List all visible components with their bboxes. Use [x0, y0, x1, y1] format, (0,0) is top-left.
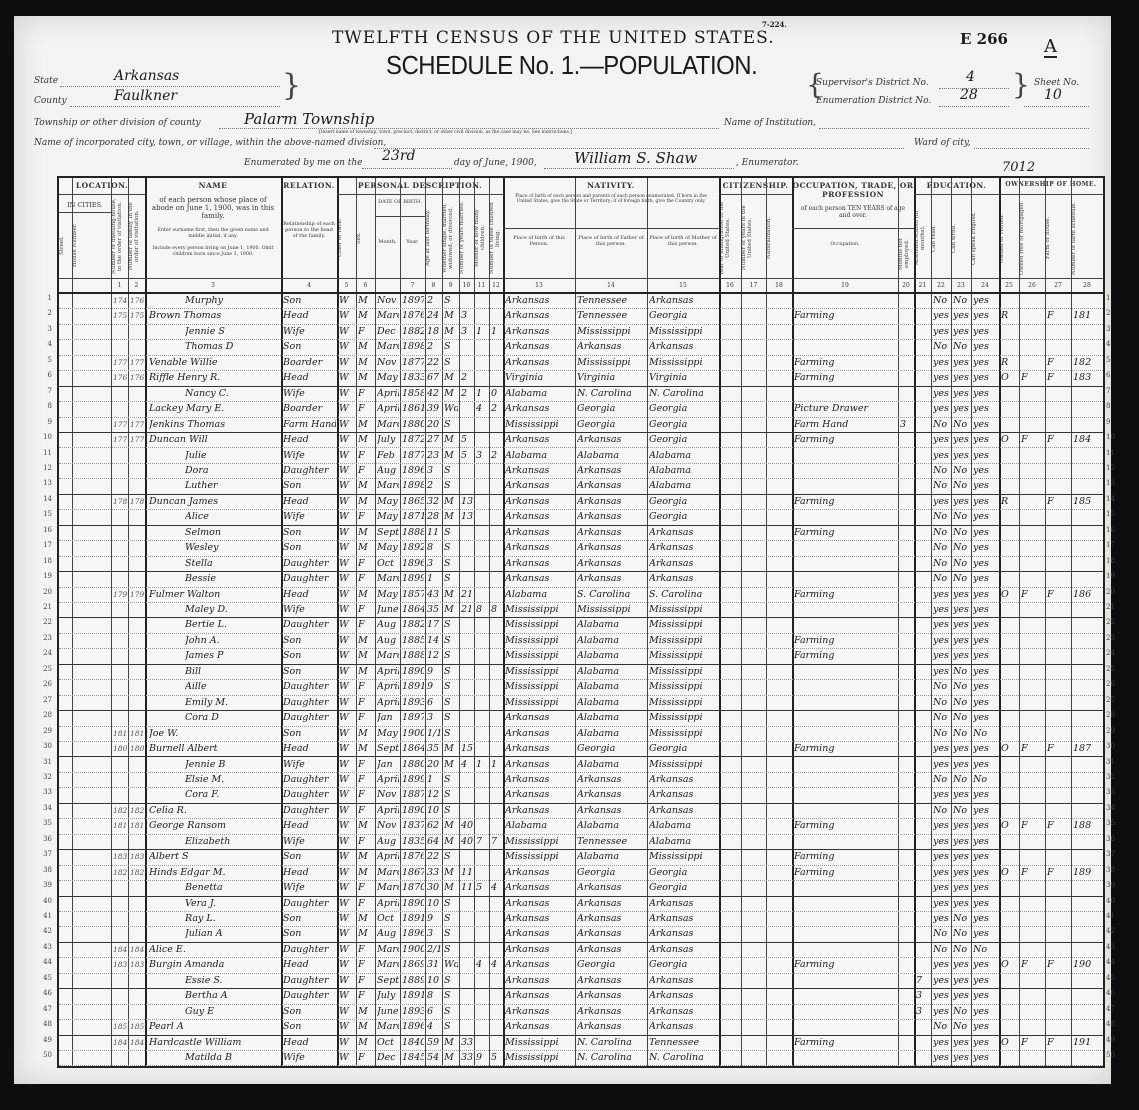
- header-in-cities: IN CITIES.: [59, 202, 111, 209]
- cell-bm: Arkansas: [649, 540, 718, 555]
- header-occupation-desc: of each person TEN YEARS of age and over…: [797, 206, 909, 220]
- cell-wr: No: [953, 679, 970, 694]
- cell-rd: No: [933, 417, 950, 432]
- cell-rel: Head: [283, 1035, 336, 1050]
- cell-bp: Mississippi: [505, 417, 574, 432]
- cell-mu: [900, 772, 913, 787]
- cell-wr: No: [953, 911, 970, 926]
- cell-fs: [1073, 926, 1102, 941]
- cell-name: Jennie B: [185, 757, 280, 772]
- cell-moc: [476, 293, 488, 308]
- cell-wr: yes: [953, 787, 970, 802]
- cell-year: 1870: [402, 880, 424, 895]
- cell-sex: F: [358, 942, 374, 957]
- cell-color: W: [339, 957, 355, 972]
- cell-en: yes: [973, 957, 998, 972]
- cell-year: 1837: [402, 818, 424, 833]
- cell-wr: No: [953, 571, 970, 586]
- cell-mu: [900, 973, 913, 988]
- cell-color: W: [339, 865, 355, 880]
- table-row: 178178Duncan JamesHeadWMMay186532M13Arka…: [59, 494, 1103, 510]
- cell-ym: [461, 633, 473, 648]
- cell-own: [1001, 540, 1018, 555]
- cell-bf: Arkansas: [577, 803, 646, 818]
- cell-mar: S: [444, 896, 458, 911]
- cell-ym: 13: [461, 494, 473, 509]
- supervisor-label: Supervisor's District No.: [816, 78, 929, 88]
- table-row: BessieDaughterWFMarch18991SArkansasArkan…: [59, 571, 1103, 587]
- cell-occ: [794, 942, 897, 957]
- cell-mar: S: [444, 787, 458, 802]
- cell-en: yes: [973, 834, 998, 849]
- cell-sex: F: [358, 463, 374, 478]
- cell-sch: [916, 664, 930, 679]
- cell-fh: [1047, 695, 1070, 710]
- cell-age: 20: [427, 417, 441, 432]
- cell-dw: 176: [113, 370, 127, 385]
- cell-rel: Boarder: [283, 401, 336, 416]
- sheet-letter: A: [1044, 38, 1057, 58]
- cell-rd: No: [933, 695, 950, 710]
- cell-own: [1001, 942, 1018, 957]
- header-cl: Number of these children living.: [489, 200, 503, 276]
- cell-occ: Farming: [794, 370, 897, 385]
- cell-color: W: [339, 401, 355, 416]
- cell-dw: 174: [113, 293, 127, 308]
- cell-rd: No: [933, 293, 950, 308]
- cell-rd: yes: [933, 370, 950, 385]
- cell-bp: Arkansas: [505, 710, 574, 725]
- cell-fa: [130, 911, 144, 926]
- cell-bp: Arkansas: [505, 525, 574, 540]
- cell-name: Julian A: [185, 926, 280, 941]
- cell-moc: 7: [476, 834, 488, 849]
- cell-age: 14: [427, 633, 441, 648]
- cell-wr: No: [953, 556, 970, 571]
- cell-sch: 3: [916, 988, 930, 1003]
- cell-fh: [1047, 1050, 1070, 1065]
- ward-label: Ward of city,: [914, 138, 971, 148]
- table-row: 174176MurphySonWMNov18972SArkansasTennes…: [59, 293, 1103, 309]
- cell-sex: M: [358, 648, 374, 663]
- cell-cl: [491, 1004, 502, 1019]
- cell-moc: [476, 648, 488, 663]
- cell-fs: [1073, 896, 1102, 911]
- cell-color: W: [339, 849, 355, 864]
- cell-bm: N. Carolina: [649, 1050, 718, 1065]
- cell-color: W: [339, 942, 355, 957]
- cell-fm: [1021, 880, 1044, 895]
- cell-moc: [476, 432, 488, 447]
- cell-month: April: [377, 695, 399, 710]
- cell-moc: 4: [476, 957, 488, 972]
- cell-own: [1001, 710, 1018, 725]
- table-row: 183183Albert SSonWMApril187622SMississip…: [59, 849, 1103, 865]
- cell-rd: No: [933, 803, 950, 818]
- cell-mar: S: [444, 664, 458, 679]
- cell-fa: [130, 973, 144, 988]
- cell-fs: 188: [1073, 818, 1102, 833]
- cell-rd: yes: [933, 849, 950, 864]
- cell-sex: F: [358, 834, 374, 849]
- cell-bf: Arkansas: [577, 571, 646, 586]
- cell-fa: 177: [130, 417, 144, 432]
- cell-rel: Wife: [283, 602, 336, 617]
- cell-rel: Head: [283, 818, 336, 833]
- cell-age: 35: [427, 602, 441, 617]
- row-number-right: 43: [1106, 943, 1120, 951]
- row-number-right: 15: [1106, 510, 1120, 518]
- cell-mu: [900, 1019, 913, 1034]
- row-number-left: 31: [38, 758, 52, 766]
- cell-dw: [113, 1050, 127, 1065]
- table-row: 175175Brown ThomasHeadWMMarch187624M3Ark…: [59, 308, 1103, 324]
- cell-color: W: [339, 818, 355, 833]
- cell-wr: yes: [953, 757, 970, 772]
- cell-dw: [113, 478, 127, 493]
- cell-dw: 179: [113, 587, 127, 602]
- cell-wr: yes: [953, 370, 970, 385]
- cell-color: W: [339, 602, 355, 617]
- cell-mar: S: [444, 525, 458, 540]
- cell-rd: yes: [933, 587, 950, 602]
- header-education: EDUCATION.: [914, 182, 999, 191]
- table-row: 181181Joe W.SonWMMay19001/12SArkansasAla…: [59, 726, 1103, 742]
- cell-year: 1888: [402, 648, 424, 663]
- table-row: SelmonSonWMSept188811SArkansasArkansasAr…: [59, 525, 1103, 541]
- cell-fs: [1073, 834, 1102, 849]
- cell-fh: [1047, 988, 1070, 1003]
- cell-bp: Virginia: [505, 370, 574, 385]
- cell-bp: Mississippi: [505, 834, 574, 849]
- cell-name: Bertie L.: [185, 617, 280, 632]
- cell-color: W: [339, 679, 355, 694]
- cell-fs: 185: [1073, 494, 1102, 509]
- cell-fs: [1073, 509, 1102, 524]
- cell-fm: F: [1021, 818, 1044, 833]
- table-row: 185185Pearl ASonWMMarch18964SArkansasArk…: [59, 1019, 1103, 1035]
- cell-occ: [794, 772, 897, 787]
- cell-fm: [1021, 710, 1044, 725]
- column-number: 26: [1022, 282, 1042, 289]
- cell-fm: [1021, 478, 1044, 493]
- cell-moc: [476, 308, 488, 323]
- cell-mar: S: [444, 571, 458, 586]
- cell-fs: [1073, 664, 1102, 679]
- cell-wr: yes: [953, 865, 970, 880]
- cell-rel: Wife: [283, 880, 336, 895]
- cell-fs: [1073, 633, 1102, 648]
- row-number-left: 18: [38, 557, 52, 565]
- table-row: Ray L.SonWMOct18919SArkansasArkansasArka…: [59, 911, 1103, 927]
- cell-occ: Farming: [794, 957, 897, 972]
- cell-own: [1001, 509, 1018, 524]
- cell-bf: Arkansas: [577, 1019, 646, 1034]
- cell-fs: [1073, 772, 1102, 787]
- cell-ym: [461, 648, 473, 663]
- cell-dw: [113, 787, 127, 802]
- cell-mu: [900, 664, 913, 679]
- cell-bm: Alabama: [649, 463, 718, 478]
- cell-en: yes: [973, 973, 998, 988]
- cell-name: Aille: [185, 679, 280, 694]
- cell-rd: yes: [933, 355, 950, 370]
- row-number-left: 37: [38, 850, 52, 858]
- row-number-left: 21: [38, 603, 52, 611]
- enumerated-suffix: day of June, 1900,: [454, 158, 537, 168]
- cell-sex: F: [358, 803, 374, 818]
- cell-fs: 187: [1073, 741, 1102, 756]
- cell-fh: [1047, 571, 1070, 586]
- cell-occ: [794, 386, 897, 401]
- row-number-right: 50: [1106, 1051, 1120, 1059]
- cell-age: 32: [427, 494, 441, 509]
- cell-sex: M: [358, 494, 374, 509]
- cell-bp: Arkansas: [505, 432, 574, 447]
- row-number-right: 38: [1106, 866, 1120, 874]
- cell-own: [1001, 926, 1018, 941]
- row-number-right: 17: [1106, 541, 1120, 549]
- cell-bm: Arkansas: [649, 942, 718, 957]
- county-value: Faulkner: [114, 88, 177, 104]
- header-name-desc: of each person whose place of abode on J…: [151, 196, 275, 220]
- cell-bf: Arkansas: [577, 772, 646, 787]
- cell-age: 17: [427, 617, 441, 632]
- cell-color: W: [339, 308, 355, 323]
- row-number-left: 15: [38, 510, 52, 518]
- header-divider: [719, 194, 792, 195]
- row-number-right: 22: [1106, 618, 1120, 626]
- cell-rel: Wife: [283, 1050, 336, 1065]
- cell-bp: Arkansas: [505, 463, 574, 478]
- cell-sex: M: [358, 308, 374, 323]
- cell-dw: [113, 679, 127, 694]
- cell-dw: [113, 525, 127, 540]
- cell-sch: [916, 355, 930, 370]
- cell-wr: yes: [953, 448, 970, 463]
- cell-bm: Mississippi: [649, 324, 718, 339]
- row-number-left: 13: [38, 479, 52, 487]
- cell-rel: Head: [283, 865, 336, 880]
- row-number-right: 20: [1106, 588, 1120, 596]
- cell-fm: [1021, 509, 1044, 524]
- cell-age: 39: [427, 401, 441, 416]
- table-row: Cora DDaughterWFJan18973SArkansasAlabama…: [59, 710, 1103, 726]
- cell-fs: [1073, 695, 1102, 710]
- cell-ym: [461, 355, 473, 370]
- table-row: Bertha ADaughterWFJuly18918SArkansasArka…: [59, 988, 1103, 1004]
- cell-sch: [916, 679, 930, 694]
- cell-sex: M: [358, 587, 374, 602]
- cell-wr: No: [953, 339, 970, 354]
- cell-bf: Mississippi: [577, 602, 646, 617]
- cell-dw: 184: [113, 1035, 127, 1050]
- cell-occ: [794, 1050, 897, 1065]
- cell-mar: S: [444, 849, 458, 864]
- cell-age: 20: [427, 757, 441, 772]
- cell-bf: Mississippi: [577, 324, 646, 339]
- cell-occ: [794, 988, 897, 1003]
- cell-dw: [113, 896, 127, 911]
- cell-month: Oct: [377, 556, 399, 571]
- cell-bm: Mississippi: [649, 664, 718, 679]
- cell-wr: yes: [953, 432, 970, 447]
- cell-en: yes: [973, 648, 998, 663]
- table-row: 184184Alice E.DaughterWFMarch19002/12SAr…: [59, 942, 1103, 958]
- cell-own: [1001, 880, 1018, 895]
- cell-cl: [491, 648, 502, 663]
- cell-month: May: [377, 370, 399, 385]
- cell-ym: [461, 679, 473, 694]
- cell-sch: [916, 556, 930, 571]
- cell-name: Lackey Mary E.: [149, 401, 280, 416]
- cell-mar: S: [444, 710, 458, 725]
- cell-bf: Georgia: [577, 401, 646, 416]
- cell-month: Aug: [377, 926, 399, 941]
- cell-fm: F: [1021, 1035, 1044, 1050]
- cell-year: 1891: [402, 988, 424, 1003]
- cell-age: 12: [427, 787, 441, 802]
- row-number-left: 26: [38, 680, 52, 688]
- cell-rd: No: [933, 339, 950, 354]
- cell-own: [1001, 911, 1018, 926]
- cell-rel: Son: [283, 926, 336, 941]
- cell-fh: [1047, 478, 1070, 493]
- cell-fm: [1021, 988, 1044, 1003]
- cell-rel: Boarder: [283, 355, 336, 370]
- cell-name: Selmon: [185, 525, 280, 540]
- cell-bf: Arkansas: [577, 942, 646, 957]
- cell-fm: [1021, 834, 1044, 849]
- cell-occ: [794, 896, 897, 911]
- cell-sch: [916, 787, 930, 802]
- cell-dw: [113, 664, 127, 679]
- cell-sch: [916, 880, 930, 895]
- cell-rd: yes: [933, 1035, 950, 1050]
- cell-bp: Arkansas: [505, 787, 574, 802]
- cell-dw: [113, 988, 127, 1003]
- cell-bm: Arkansas: [649, 571, 718, 586]
- cell-fh: [1047, 1004, 1070, 1019]
- cell-fa: 182: [130, 803, 144, 818]
- cell-sch: [916, 834, 930, 849]
- cell-fa: 178: [130, 494, 144, 509]
- cell-sch: [916, 339, 930, 354]
- cell-dw: 180: [113, 741, 127, 756]
- cell-occ: Farming: [794, 355, 897, 370]
- cell-bm: Georgia: [649, 308, 718, 323]
- cell-color: W: [339, 463, 355, 478]
- cell-rd: No: [933, 556, 950, 571]
- cell-fs: 186: [1073, 587, 1102, 602]
- cell-year: 1891: [402, 911, 424, 926]
- cell-sex: M: [358, 525, 374, 540]
- cell-bp: Arkansas: [505, 772, 574, 787]
- cell-occ: [794, 602, 897, 617]
- cell-dw: [113, 463, 127, 478]
- cell-sch: [916, 957, 930, 972]
- cell-cl: 2: [491, 401, 502, 416]
- cell-sex: M: [358, 1019, 374, 1034]
- cell-year: 1871: [402, 509, 424, 524]
- cell-occ: [794, 787, 897, 802]
- cell-year: 1861: [402, 401, 424, 416]
- cell-moc: [476, 463, 488, 478]
- cell-rel: Son: [283, 339, 336, 354]
- cell-mar: S: [444, 772, 458, 787]
- cell-moc: [476, 417, 488, 432]
- cell-moc: 1: [476, 386, 488, 401]
- cell-sch: [916, 726, 930, 741]
- cell-ym: [461, 787, 473, 802]
- cell-cl: 5: [491, 1050, 502, 1065]
- cell-rd: yes: [933, 787, 950, 802]
- cell-wr: No: [953, 540, 970, 555]
- row-number-right: 4: [1106, 340, 1120, 348]
- cell-rd: No: [933, 478, 950, 493]
- header-ownership: OWNERSHIP OF HOME.: [999, 182, 1103, 189]
- cell-mar: S: [444, 293, 458, 308]
- cell-mar: S: [444, 679, 458, 694]
- cell-fa: [130, 540, 144, 555]
- column-number: 15: [673, 282, 693, 289]
- cell-mar: S: [444, 1004, 458, 1019]
- cell-sex: F: [358, 973, 374, 988]
- cell-mu: [900, 525, 913, 540]
- cell-month: Oct: [377, 911, 399, 926]
- cell-age: 2: [427, 339, 441, 354]
- cell-rel: Head: [283, 308, 336, 323]
- cell-own: [1001, 648, 1018, 663]
- cell-month: Nov: [377, 787, 399, 802]
- cell-age: 33: [427, 865, 441, 880]
- cell-ym: [461, 803, 473, 818]
- cell-moc: [476, 617, 488, 632]
- cell-age: 64: [427, 834, 441, 849]
- cell-bm: Mississippi: [649, 726, 718, 741]
- cell-ym: [461, 525, 473, 540]
- cell-fa: 184: [130, 942, 144, 957]
- cell-sex: M: [358, 1004, 374, 1019]
- cell-own: [1001, 633, 1018, 648]
- cell-sch: [916, 386, 930, 401]
- cell-en: yes: [973, 525, 998, 540]
- cell-rel: Wife: [283, 757, 336, 772]
- table-row: BillSonWMApril18909SMississippiAlabamaMi…: [59, 664, 1103, 680]
- cell-fa: 181: [130, 726, 144, 741]
- row-number-left: 9: [38, 418, 52, 426]
- table-row: Guy ESonWMJune18936SArkansasArkansasArka…: [59, 1004, 1103, 1020]
- cell-own: [1001, 1019, 1018, 1034]
- row-number-left: 45: [38, 974, 52, 982]
- cell-rel: Son: [283, 478, 336, 493]
- cell-moc: [476, 818, 488, 833]
- cell-year: 1897: [402, 710, 424, 725]
- cell-mar: M: [444, 1035, 458, 1050]
- state-label: State: [34, 76, 58, 86]
- cell-fa: [130, 448, 144, 463]
- header-nativity: NATIVITY.: [503, 182, 719, 191]
- cell-bf: Tennessee: [577, 293, 646, 308]
- brace: }: [282, 68, 301, 103]
- cell-rel: Son: [283, 293, 336, 308]
- cell-mar: Wd: [444, 401, 458, 416]
- cell-month: April: [377, 664, 399, 679]
- cell-age: 43: [427, 587, 441, 602]
- cell-year: 1900: [402, 726, 424, 741]
- cell-moc: [476, 710, 488, 725]
- cell-en: yes: [973, 679, 998, 694]
